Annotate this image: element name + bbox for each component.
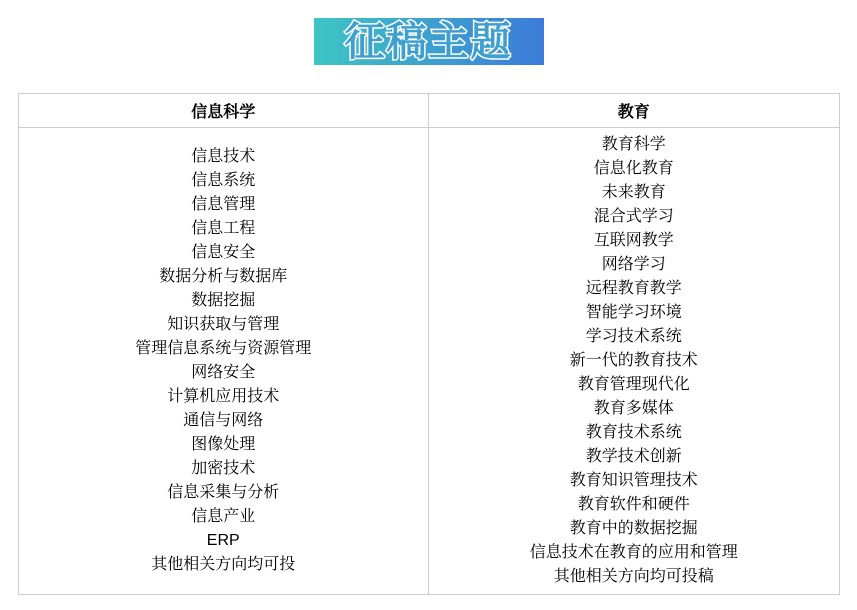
header-row: 信息科学 教育 bbox=[18, 94, 839, 128]
topics-cell-information-science: 信息技术信息系统信息管理信息工程信息安全数据分析与数据库数据挖掘知识获取与管理管… bbox=[18, 128, 429, 595]
topic-item: 信息技术在教育的应用和管理 bbox=[429, 541, 839, 565]
topic-item: 信息安全 bbox=[19, 241, 429, 265]
topic-item: 信息技术 bbox=[19, 145, 429, 169]
topic-item: 图像处理 bbox=[19, 433, 429, 457]
topic-item: 数据挖掘 bbox=[19, 289, 429, 313]
column-header-education: 教育 bbox=[429, 94, 840, 128]
topic-item: 网络学习 bbox=[429, 253, 839, 277]
topic-item: 学习技术系统 bbox=[429, 325, 839, 349]
page-title: 征稿主题 bbox=[345, 22, 513, 62]
topic-item: 信息产业 bbox=[19, 505, 429, 529]
topic-item: 未来教育 bbox=[429, 181, 839, 205]
topic-item: 智能学习环境 bbox=[429, 301, 839, 325]
topic-item: 信息工程 bbox=[19, 217, 429, 241]
topic-item: 教育知识管理技术 bbox=[429, 469, 839, 493]
topic-item: 其他相关方向均可投 bbox=[19, 553, 429, 577]
topic-item: ERP bbox=[19, 529, 429, 553]
topic-item: 知识获取与管理 bbox=[19, 313, 429, 337]
topic-item: 教育管理现代化 bbox=[429, 373, 839, 397]
topic-item: 互联网教学 bbox=[429, 229, 839, 253]
topics-table: 信息科学 教育 信息技术信息系统信息管理信息工程信息安全数据分析与数据库数据挖掘… bbox=[18, 93, 840, 595]
topic-item: 混合式学习 bbox=[429, 205, 839, 229]
topic-item: 教学技术创新 bbox=[429, 445, 839, 469]
topic-item: 教育技术系统 bbox=[429, 421, 839, 445]
topic-item: 计算机应用技术 bbox=[19, 385, 429, 409]
topic-item: 网络安全 bbox=[19, 361, 429, 385]
topic-item: 教育软件和硬件 bbox=[429, 493, 839, 517]
topic-item: 教育多媒体 bbox=[429, 397, 839, 421]
topic-item: 新一代的教育技术 bbox=[429, 349, 839, 373]
topic-item: 信息管理 bbox=[19, 193, 429, 217]
topic-item: 教育科学 bbox=[429, 133, 839, 157]
topic-item: 教育中的数据挖掘 bbox=[429, 517, 839, 541]
banner: 征稿主题 bbox=[314, 18, 544, 65]
topics-cell-education: 教育科学信息化教育未来教育混合式学习互联网教学网络学习远程教育教学智能学习环境学… bbox=[429, 128, 840, 595]
column-header-information-science: 信息科学 bbox=[18, 94, 429, 128]
topic-item: 加密技术 bbox=[19, 457, 429, 481]
topic-item: 远程教育教学 bbox=[429, 277, 839, 301]
topic-item: 管理信息系统与资源管理 bbox=[19, 337, 429, 361]
topic-item: 通信与网络 bbox=[19, 409, 429, 433]
topic-item: 信息采集与分析 bbox=[19, 481, 429, 505]
topic-item: 数据分析与数据库 bbox=[19, 265, 429, 289]
topic-item: 信息化教育 bbox=[429, 157, 839, 181]
topics-row: 信息技术信息系统信息管理信息工程信息安全数据分析与数据库数据挖掘知识获取与管理管… bbox=[18, 128, 839, 595]
topic-item: 其他相关方向均可投稿 bbox=[429, 565, 839, 589]
topic-item: 信息系统 bbox=[19, 169, 429, 193]
